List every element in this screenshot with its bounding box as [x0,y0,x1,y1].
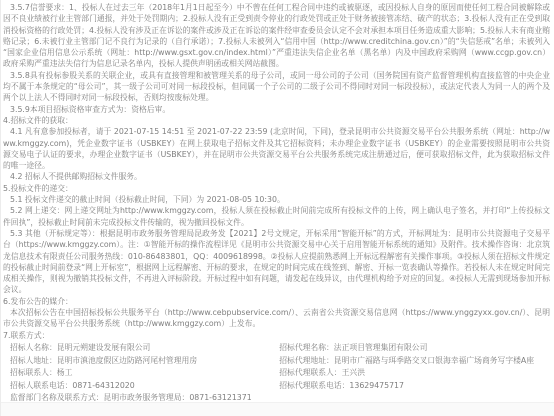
contact-agency-name: 招标代理名称：法正项目管理集团有限公司 [279,342,550,355]
para-document-acquisition-details: 4.1 凡有意参加投标者，请于 2021-07-15 14:51 至 2021-… [3,126,550,171]
contact-agency-phone: 招标代理联系电话：13629475717 [279,380,550,393]
contact-tenderer-address: 招标人地址：昆明市滇池度假区边防路河尾村管理用房 [3,355,279,368]
tender-announcement-document: 3.5.7信誉要求：1、投标人在过去三年（2018年1月1日起至今）中不曾在任何… [1,0,554,405]
heading-announcement-media: 6.发布公告的媒介： [3,296,550,307]
contact-agency-person: 招标代理联系人：王兴洪 [279,367,550,380]
contact-row: 招标人名称：昆明元朔建设发展有限公司 招标代理名称：法正项目管理集团有限公司 [3,342,550,355]
contact-section: 招标人名称：昆明元朔建设发展有限公司 招标代理名称：法正项目管理集团有限公司 招… [3,342,550,405]
para-announcement-media-details: 本次招标公告在中国招标投标公共服务平台（http://www.cebpubser… [3,307,550,330]
contact-agency-address: 招标代理地址：昆明市广福路与珥季路交叉口银海幸福广场商务写字楼A座 [279,355,550,368]
contact-tenderer-phone: 招标人联系电话：0871-64312020 [3,380,279,393]
contact-row: 招标人地址：昆明市滇池度假区边防路河尾村管理用房 招标代理地址：昆明市广福路与珥… [3,355,550,368]
heading-bid-document-acquisition: 4.招标文件的获取： [3,115,550,126]
heading-contact-info: 7.联系方式： [3,330,550,341]
para-credit-requirements: 3.5.7信誉要求：1、投标人在过去三年（2018年1月1日起至今）中不曾在任何… [3,2,550,70]
para-affiliate-restrictions: 3.5.8具有投标参股关系的关联企业，或具有直接管理和被管理关系的母子公司，或同… [3,70,550,104]
window-bottom-edge [1,402,554,416]
para-opening-rules: 5.3 其他（开标规定等）：根据昆明市政务服务管理局昆政务发【2021】2号文规… [3,228,550,296]
heading-bid-submission: 5.投标文件的递交： [3,183,550,194]
tender-announcement-page: { "page": { "background": "#ffffff", "te… [0,0,554,416]
contact-row: 招标人联系电话：0871-64312020 招标代理联系电话：136294757… [3,380,550,393]
para-online-submission: 5.2 网上递交：网上递交网址为http://www.kmggzy.com，投标… [3,205,550,228]
contact-tenderer-person: 招标联系人：杨工 [3,367,279,380]
para-no-mail-order: 4.2 招标人不提供邮购招标文件服务。 [3,171,550,182]
para-submission-deadline: 5.1 投标文件递交的截止时间（投标截止时间，下同）为 2021-08-05 1… [3,194,550,205]
contact-tenderer-name: 招标人名称：昆明元朔建设发展有限公司 [3,342,279,355]
contact-row: 招标联系人：杨工 招标代理联系人：王兴洪 [3,367,550,380]
para-qualification-review: 3.5.9本项目招标资格审查方式为：资格后审。 [3,104,550,115]
